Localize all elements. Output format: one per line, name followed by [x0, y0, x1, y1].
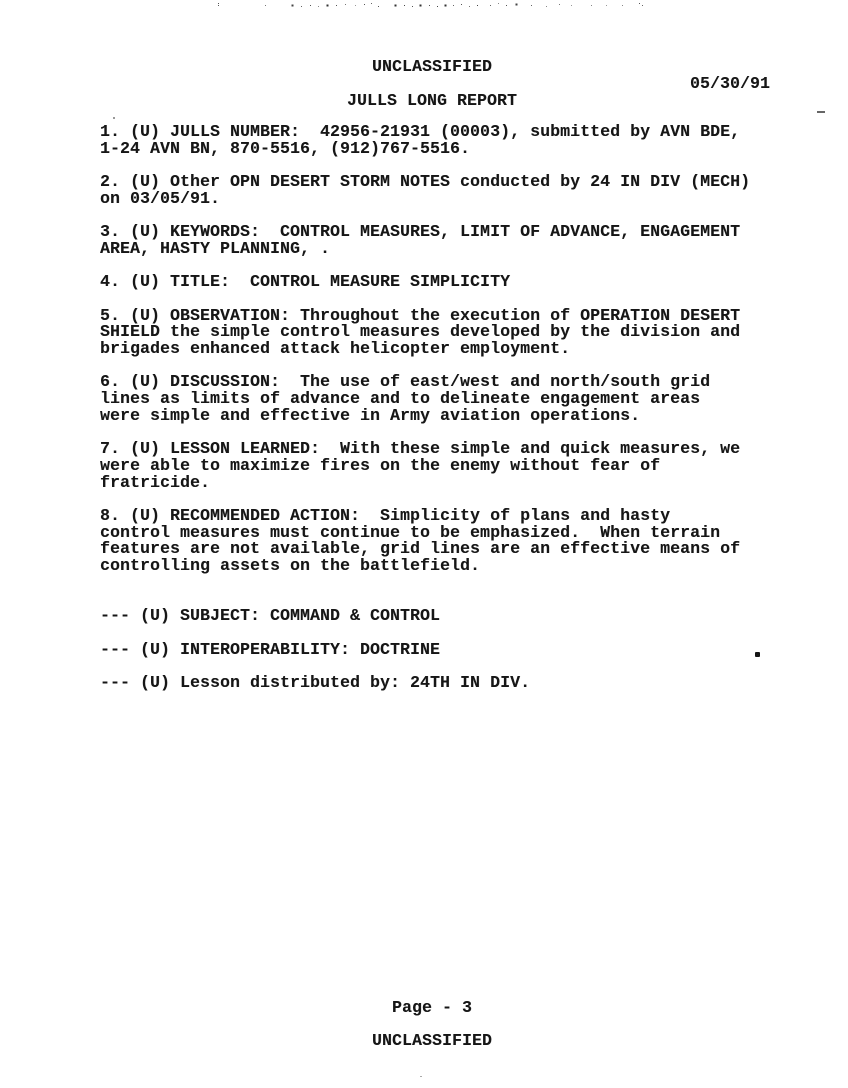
distribution-block: --- (U) SUBJECT: COMMAND & CONTROL --- (…: [100, 608, 800, 691]
scan-speck: [420, 1076, 422, 1077]
scan-speck: [113, 117, 115, 119]
scan-noise-band: [0, 0, 1, 1]
paragraph-observation: 5. (U) OBSERVATION: Throughout the execu…: [100, 308, 800, 358]
scan-speck: [817, 111, 825, 113]
document-page: UNCLASSIFIED 05/30/91 JULLS LONG REPORT …: [0, 0, 848, 1088]
scan-speck: [755, 652, 760, 657]
paragraph-lesson-learned: 7. (U) LESSON LEARNED: With these simple…: [100, 441, 800, 491]
distribution-subject: --- (U) SUBJECT: COMMAND & CONTROL: [100, 608, 800, 625]
distribution-interoperability: --- (U) INTEROPERABILITY: DOCTRINE: [100, 642, 800, 659]
paragraph-discussion: 6. (U) DISCUSSION: The use of east/west …: [100, 374, 800, 424]
paragraph-keywords: 3. (U) KEYWORDS: CONTROL MEASURES, LIMIT…: [100, 224, 800, 257]
report-date: 05/30/91: [690, 76, 770, 93]
report-body: 1. (U) JULLS NUMBER: 42956-21931 (00003)…: [100, 124, 800, 708]
report-title: JULLS LONG REPORT: [100, 93, 764, 110]
paragraph-julls-number: 1. (U) JULLS NUMBER: 42956-21931 (00003)…: [100, 124, 800, 157]
distribution-lesson-distributed: --- (U) Lesson distributed by: 24TH IN D…: [100, 675, 800, 692]
page-number: Page - 3: [100, 1000, 764, 1017]
classification-header: UNCLASSIFIED: [100, 59, 764, 76]
paragraph-other: 2. (U) Other OPN DESERT STORM NOTES cond…: [100, 174, 800, 207]
paragraph-recommended-action: 8. (U) RECOMMENDED ACTION: Simplicity of…: [100, 508, 800, 575]
classification-footer: UNCLASSIFIED: [100, 1033, 764, 1050]
paragraph-title: 4. (U) TITLE: CONTROL MEASURE SIMPLICITY: [100, 274, 800, 291]
